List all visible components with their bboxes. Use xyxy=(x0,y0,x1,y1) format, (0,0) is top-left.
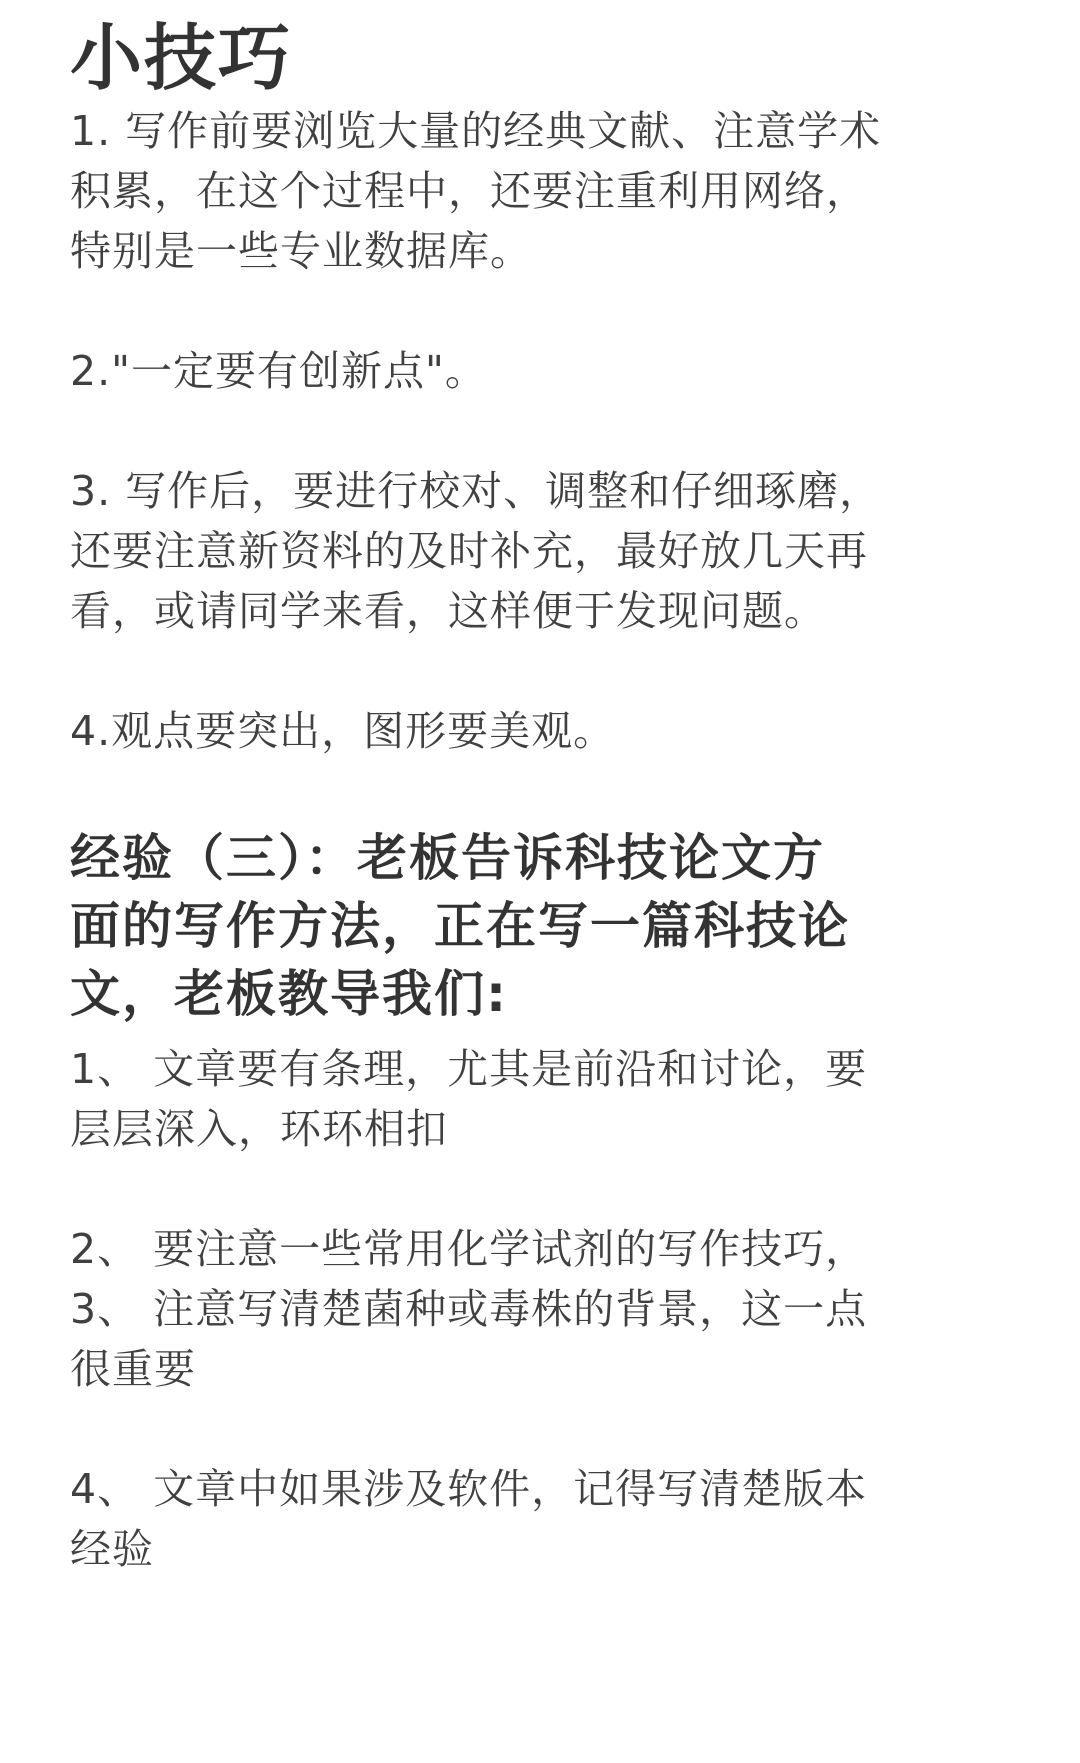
section-heading-line-2: 面的写作方法，正在写一篇科技论 xyxy=(70,890,850,962)
advice-1-line-1: 1、 文章要有条理，尤其是前沿和讨论，要 xyxy=(70,1036,867,1102)
advice-3-line-1: 3、 注意写清楚菌种或毒株的背景，这一点 xyxy=(70,1276,867,1342)
tip-1-line-1: 1. 写作前要浏览大量的经典文献、注意学术 xyxy=(70,98,881,164)
advice-4-line-2: 经验 xyxy=(70,1516,154,1582)
advice-1-line-2: 层层深入，环环相扣 xyxy=(70,1096,448,1162)
advice-2: 2、 要注意一些常用化学试剂的写作技巧， xyxy=(70,1216,867,1282)
tip-3-line-3: 看，或请同学来看，这样便于发现问题。 xyxy=(70,578,826,644)
tip-1-line-2: 积累，在这个过程中，还要注重利用网络， xyxy=(70,158,868,224)
advice-3-line-2: 很重要 xyxy=(70,1336,196,1402)
advice-4-line-1: 4、 文章中如果涉及软件，记得写清楚版本 xyxy=(70,1456,867,1522)
tip-3-line-2: 还要注意新资料的及时补充，最好放几天再 xyxy=(70,518,868,584)
section-heading-line-1: 经验（三）：老板告诉科技论文方 xyxy=(70,822,825,894)
document-page: 小技巧 1. 写作前要浏览大量的经典文献、注意学术 积累，在这个过程中，还要注重… xyxy=(0,0,1080,1763)
section-heading-line-3: 文，老板教导我们: xyxy=(70,958,508,1030)
page-title: 小技巧 xyxy=(70,8,292,108)
tip-4: 4.观点要突出，图形要美观。 xyxy=(70,698,615,764)
tip-2: 2."一定要有创新点"。 xyxy=(70,338,487,404)
tip-1-line-3: 特别是一些专业数据库。 xyxy=(70,218,532,284)
tip-3-line-1: 3. 写作后，要进行校对、调整和仔细琢磨， xyxy=(70,458,881,524)
